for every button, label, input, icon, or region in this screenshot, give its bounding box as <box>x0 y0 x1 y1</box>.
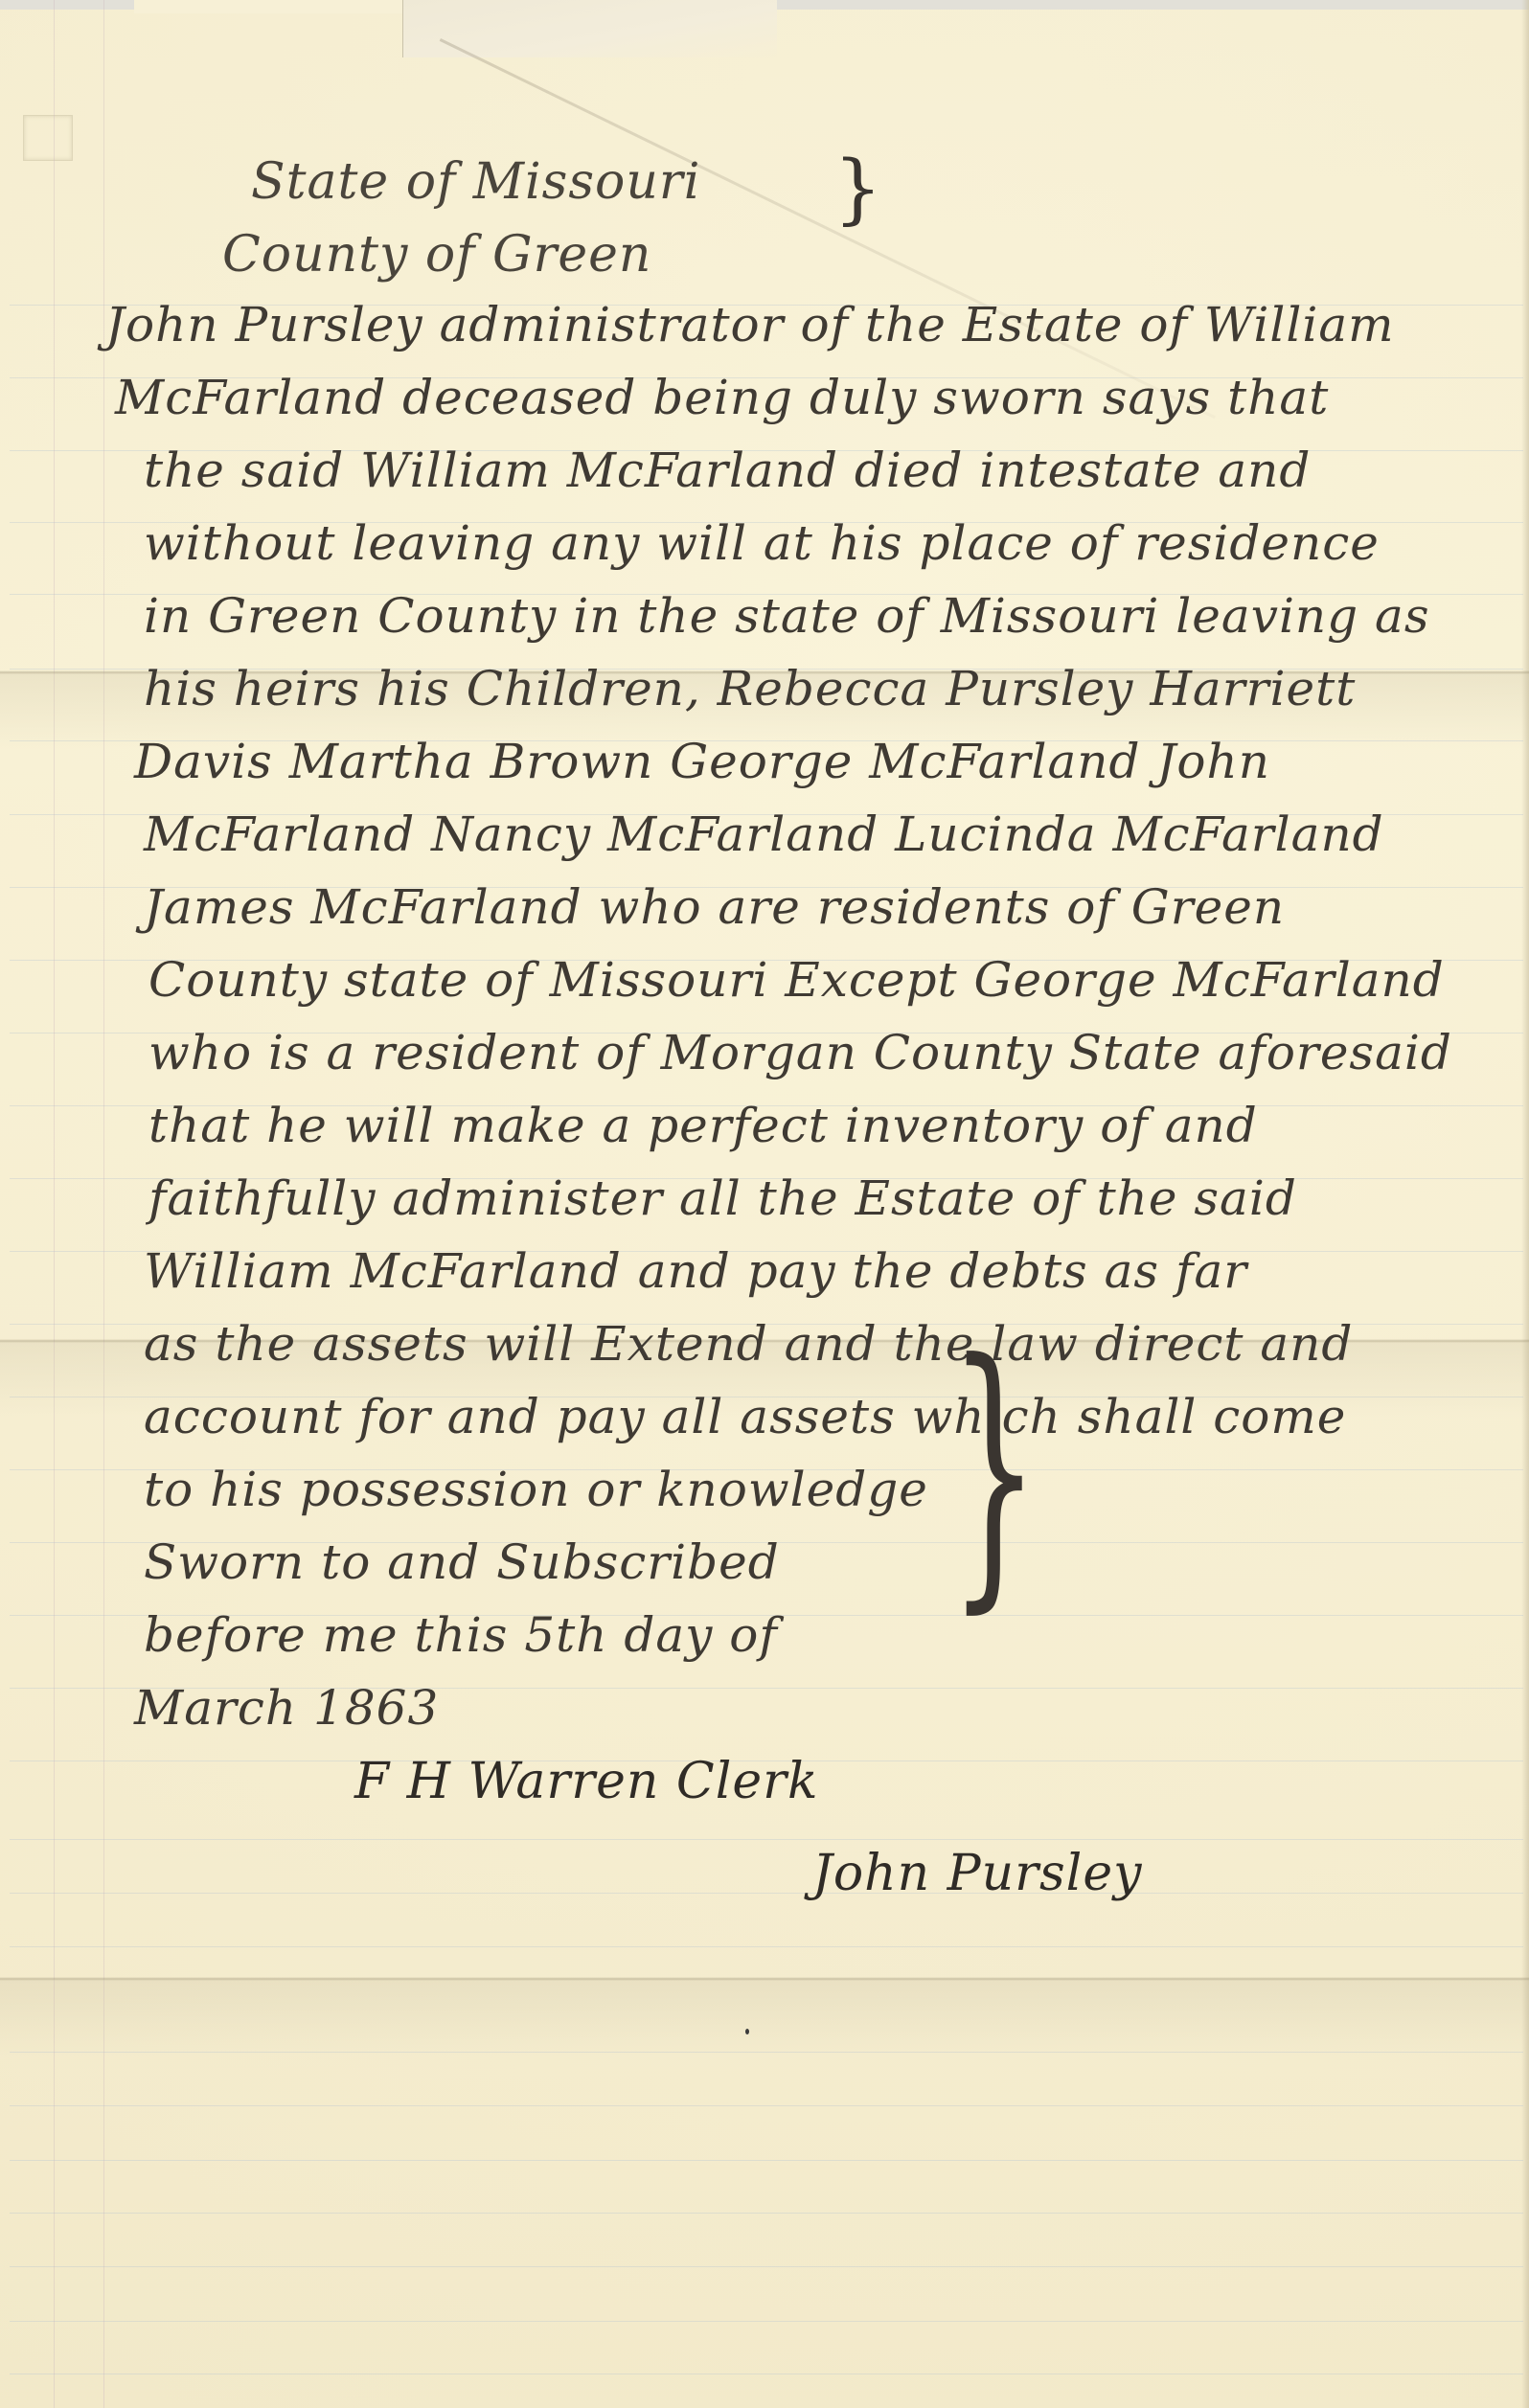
jurat-line: Sworn to and Subscribed <box>144 1534 780 1590</box>
body-line: that he will make a perfect inventory of… <box>148 1098 1258 1153</box>
body-line: who is a resident of Morgan County State… <box>148 1025 1452 1080</box>
document-paper: State of Missouri } County of Green John… <box>0 0 1529 2408</box>
body-line: account for and pay all assets which sha… <box>144 1389 1346 1444</box>
body-line: James McFarland who are residents of Gre… <box>144 879 1285 935</box>
ink-dot <box>745 2029 749 2034</box>
jurat-line: March 1863 <box>134 1680 439 1736</box>
heading-state: State of Missouri <box>251 153 700 211</box>
body-line: to his possession or knowledge <box>144 1462 928 1517</box>
body-line: William McFarland and pay the debts as f… <box>144 1243 1247 1299</box>
body-line: as the assets will Extend and the law di… <box>144 1316 1353 1372</box>
fold-shade <box>0 1979 1529 2056</box>
ruled-line <box>10 2321 1523 2322</box>
body-line: in Green County in the state of Missouri… <box>144 588 1430 644</box>
affiant-signature: John Pursley <box>812 1845 1142 1902</box>
body-line: the said William McFarland died intestat… <box>144 443 1311 498</box>
body-line: Davis Martha Brown George McFarland John <box>134 734 1270 789</box>
body-line: McFarland deceased being duly sworn says… <box>115 370 1329 425</box>
ruled-line <box>10 2266 1523 2267</box>
heading-brace-icon: } <box>833 144 882 233</box>
body-line: McFarland Nancy McFarland Lucinda McFarl… <box>144 806 1384 862</box>
jurat-brace-icon: } <box>948 1303 1039 1637</box>
ruled-line <box>10 2160 1523 2161</box>
heading-county: County of Green <box>222 226 651 284</box>
ruled-line <box>10 2374 1523 2374</box>
torn-notch <box>134 0 402 13</box>
ruled-line <box>10 2105 1523 2106</box>
body-line: faithfully administer all the Estate of … <box>148 1170 1297 1226</box>
body-line: without leaving any will at his place of… <box>144 515 1380 571</box>
ruled-line <box>10 1893 1523 1894</box>
body-line: County state of Missouri Except George M… <box>148 952 1445 1008</box>
clerk-signature: F H Warren Clerk <box>354 1753 818 1810</box>
ruled-line <box>10 2213 1523 2214</box>
body-line: his heirs his Children, Rebecca Pursley … <box>144 661 1356 716</box>
embossed-stamp-icon <box>23 115 73 161</box>
ruled-line <box>10 1946 1523 1947</box>
jurat-line: before me this 5th day of <box>144 1607 778 1663</box>
ruled-line <box>10 1839 1523 1840</box>
body-line: John Pursley administrator of the Estate… <box>105 297 1395 352</box>
